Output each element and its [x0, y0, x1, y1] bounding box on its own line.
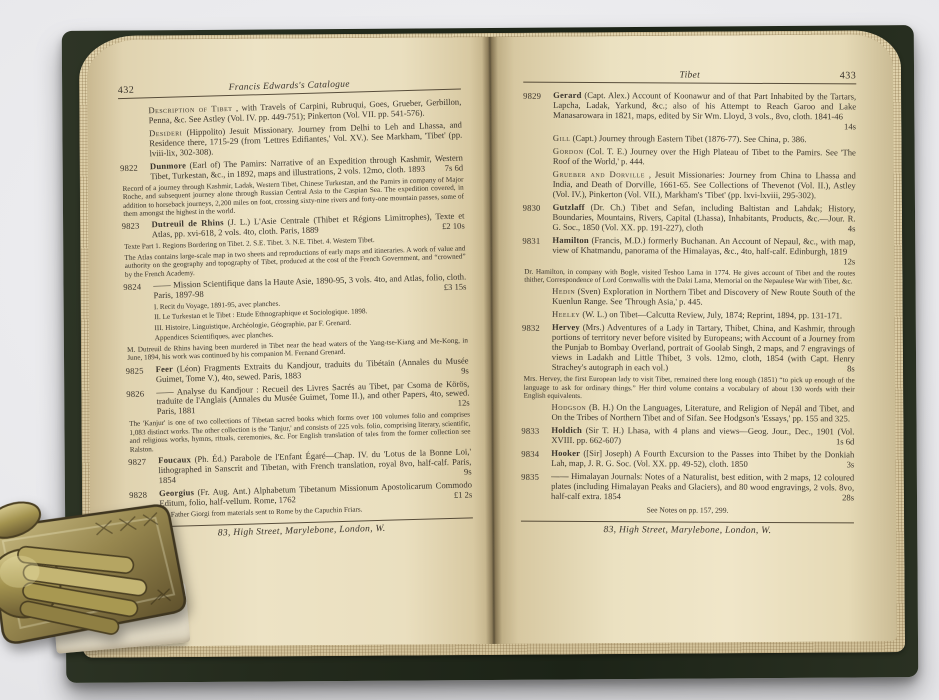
entry-title: Feer [155, 363, 173, 373]
entry-title: Gill [553, 133, 571, 143]
entry-price: 1s 6d [826, 438, 854, 448]
entry-price: 8s [837, 364, 855, 374]
entry-price: 14s [834, 122, 856, 132]
left-page-header: 432 Francis Edwards's Catalogue 432 [118, 76, 461, 100]
entry-number [521, 403, 551, 423]
entry-body: Heeley (W. L.) on Tibet—Calcutta Review,… [552, 310, 855, 322]
entry-number [523, 134, 553, 144]
entry-price: £3 15s [434, 283, 467, 294]
entry-body: Hedin (Sven) Exploration in Northern Tib… [552, 287, 855, 309]
right-entries: 9829Gerard (Capt. Alex.) Account of Koon… [521, 91, 856, 516]
entry-body: Gill (Capt.) Journey through Eastern Tib… [553, 134, 856, 146]
entry-title: Dunmore [150, 160, 186, 171]
entry-body: Holdich (Sir T. H.) Lhasa, with 4 plans … [551, 426, 854, 448]
entry-price: 7s 6d [435, 163, 464, 174]
entry-title: Hooker [551, 448, 580, 458]
entry-number: 9834 [521, 449, 551, 469]
entry-price: 9s [451, 366, 469, 376]
right-page-number: 433 [840, 70, 857, 81]
entry-title: Grueber and Dorville [553, 169, 645, 179]
entry-number [522, 287, 552, 307]
entry-title: Desideri [149, 127, 182, 138]
photo-of-open-book: 432 Francis Edwards's Catalogue 432 Desc… [0, 0, 939, 700]
entry-title: Gutzlaff [553, 202, 585, 212]
entry-title: Holdich [551, 425, 582, 435]
catalog-entry: 9835—— Himalayan Journals: Notes of a Na… [521, 472, 854, 504]
entry-title: Hodgson [552, 402, 587, 412]
entry-number: 9825 [126, 365, 157, 386]
entry-title: —— [156, 386, 174, 396]
entry-title: Foucaux [158, 454, 191, 465]
catalog-entry: 9831Hamilton (Francis, M.D.) formerly Bu… [522, 235, 855, 267]
entry-number: 9833 [521, 426, 551, 446]
entry-number [523, 147, 553, 167]
catalog-entry: 9833Holdich (Sir T. H.) Lhasa, with 4 pl… [521, 426, 854, 448]
entry-body: Gutzlaff (Dr. Ch.) Tibet and Sefan, incl… [552, 203, 855, 234]
entry-body: Hervey (Mrs.) Adventures of a Lady in Ta… [552, 323, 855, 374]
entry-price: 3s [837, 461, 855, 471]
entry-number: 9823 [121, 221, 152, 242]
entry-note: Dr. Hamilton, in company with Bogle, vis… [524, 267, 855, 286]
entry-body: Gordon (Col. T. E.) Journey over the Hig… [553, 147, 856, 169]
catalog-entry: 9834Hooker ([Sir] Joseph) A Fourth Excur… [521, 449, 854, 471]
left-entries: Description of Tibet , with Travels of C… [118, 98, 472, 521]
page-block-edges: 432 Francis Edwards's Catalogue 432 Desc… [79, 30, 905, 658]
entry-number: 9822 [120, 162, 151, 183]
entry-price: 12s [448, 399, 470, 410]
entry-title: Hervey [552, 322, 580, 332]
right-page: 433 Tibet 433 9829Gerard (Capt. Alex.) A… [490, 34, 897, 644]
entry-body: Gerard (Capt. Alex.) Account of Koonawur… [553, 91, 856, 132]
entry-body: Hooker ([Sir] Joseph) A Fourth Excursion… [551, 449, 854, 471]
entry-body: Hamilton (Francis, M.D.) formerly Buchan… [552, 235, 855, 266]
entry-title: Gordon [553, 146, 584, 156]
catalog-entry: Gill (Capt.) Journey through Eastern Tib… [523, 134, 856, 146]
entry-title: Gerard [553, 90, 581, 100]
entry-body: —— Himalayan Journals: Notes of a Natura… [551, 472, 854, 503]
entry-body: Grueber and Dorville , Jesuit Missionari… [553, 170, 856, 201]
entry-title: Heeley [552, 309, 580, 319]
entry-number [522, 310, 552, 320]
catalog-entry: 9832Hervey (Mrs.) Adventures of a Lady i… [522, 323, 855, 375]
left-page-number: 432 [118, 85, 135, 96]
brass-hand-clip [0, 477, 199, 671]
catalog-entry: Heeley (W. L.) on Tibet—Calcutta Review,… [522, 310, 855, 322]
catalog-entry: 9829Gerard (Capt. Alex.) Account of Koon… [523, 91, 856, 133]
entry-title: —— [551, 471, 569, 481]
entry-number: 9829 [523, 91, 553, 131]
entry-number [119, 129, 150, 160]
catalog-entry: Hedin (Sven) Exploration in Northern Tib… [522, 287, 855, 309]
see-notes-line: See Notes on pp. 157, 299. [521, 505, 854, 516]
entry-body: Hodgson (B. H.) On the Languages, Litera… [551, 403, 854, 425]
entry-title: Hedin [552, 286, 575, 296]
entry-price: 4s [838, 224, 856, 234]
entry-price: 12s [833, 257, 855, 267]
entry-number: 9832 [522, 323, 552, 373]
catalog-entry: Hodgson (B. H.) On the Languages, Litera… [521, 403, 854, 425]
entry-title: Dutreuil de Rhins [151, 218, 223, 230]
entry-number: 9835 [521, 472, 551, 502]
entry-number [118, 106, 149, 127]
entry-price: 9s [454, 467, 472, 477]
entry-number: 9826 [126, 388, 157, 419]
entry-price: 28s [832, 493, 854, 503]
right-page-footer: 83, High Street, Marylebone, London, W. [521, 521, 854, 537]
right-running-head: Tibet [540, 70, 840, 82]
entry-title: Hamilton [552, 234, 589, 244]
entry-number [523, 169, 553, 199]
catalog-entry: Grueber and Dorville , Jesuit Missionari… [523, 169, 856, 201]
entry-number: 9830 [522, 202, 552, 232]
left-running-head: Francis Edwards's Catalogue [134, 77, 444, 96]
catalog-entry: Gordon (Col. T. E.) Journey over the Hig… [523, 147, 856, 169]
entry-price: £1 2s [444, 490, 473, 501]
entry-number: 9831 [522, 235, 552, 265]
entry-title: Description of Tibet [148, 103, 232, 115]
entry-note: Mrs. Hervey, the first European lady to … [524, 375, 855, 402]
entry-title: —— [153, 280, 171, 290]
catalog-entry: 9830Gutzlaff (Dr. Ch.) Tibet and Sefan, … [522, 202, 855, 234]
entry-price: £2 10s [432, 222, 465, 233]
page-spread: 432 Francis Edwards's Catalogue 432 Desc… [87, 34, 897, 647]
right-page-header: 433 Tibet 433 [523, 69, 856, 85]
entry-number: 9824 [123, 281, 154, 302]
